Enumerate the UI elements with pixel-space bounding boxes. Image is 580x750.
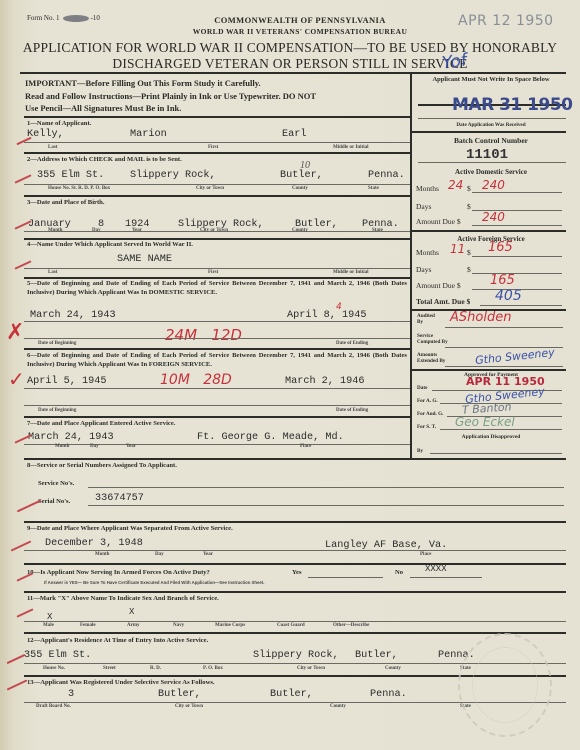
- divider: [24, 591, 566, 593]
- agency-line-2: WORLD WAR II VETERANS' COMPENSATION BURE…: [130, 27, 470, 36]
- q4-label: 4—Name Under Which Applicant Served In W…: [27, 241, 193, 250]
- field-line: [88, 505, 564, 506]
- q6-label: 6—Date of Beginning and Date of Ending o…: [27, 352, 407, 369]
- divider: [24, 458, 566, 460]
- red-check-mark: [14, 174, 31, 183]
- q3-cap-month: Month: [48, 228, 62, 233]
- q6-cap-begin: Date of Beginning: [38, 408, 76, 413]
- q12-cap-house: House No.: [43, 666, 65, 671]
- q9-label: 9—Date and Place Where Applicant Was Sep…: [27, 525, 233, 534]
- q10-note: If Answer is YES— Be Sure To Have Certif…: [44, 580, 264, 585]
- for-ag-label: For A. G.: [417, 398, 438, 404]
- divider: [24, 632, 566, 634]
- q7-cap-place: Place: [300, 444, 311, 449]
- divider: [24, 116, 410, 118]
- q12-city[interactable]: Slippery Rock,: [253, 650, 339, 661]
- q4-cap-first: First: [208, 270, 218, 275]
- q3-cap-day: Day: [92, 228, 101, 233]
- divider: [412, 230, 566, 232]
- q1-cap-first: First: [208, 145, 218, 150]
- q1-middle-name[interactable]: Earl: [282, 129, 306, 140]
- form-title-line-1: APPLICATION FOR WORLD WAR II COMPENSATIO…: [15, 40, 565, 56]
- red-check-mark: [7, 679, 28, 690]
- q12-label: 12—Applicant's Residence At Time of Entr…: [27, 637, 208, 646]
- q10-yes-label: Yes: [292, 569, 302, 578]
- form-title-line-2: DISCHARGED VETERAN OR PERSON STILL IN SE…: [15, 56, 565, 72]
- field-line: [24, 184, 410, 185]
- q8-serial-value[interactable]: 33674757: [95, 493, 144, 504]
- q13-state[interactable]: Penna.: [370, 689, 407, 700]
- q10-no-label: No: [395, 569, 403, 578]
- q7-date[interactable]: March 24, 1943: [28, 432, 114, 443]
- q8-serial-label: Serial No's.: [38, 498, 70, 507]
- q1-label: 1—Name of Applicant.: [27, 120, 91, 129]
- approved-date-label: Date: [417, 385, 427, 391]
- q3-cap-state: State: [372, 228, 383, 233]
- divider: [24, 521, 566, 523]
- field-line: [24, 321, 410, 322]
- q12-cap-street: Street: [103, 666, 116, 671]
- agency-line-1: COMMONWEALTH OF PENNSYLVANIA: [150, 15, 450, 25]
- q13-cap-board: Draft Board No.: [36, 704, 71, 709]
- form-number-text: Form No. 1: [27, 14, 59, 22]
- q9-cap-day: Day: [155, 552, 164, 557]
- initials-signature: Yof: [441, 50, 468, 73]
- q2-cap-city: City or Town: [196, 186, 224, 191]
- field-line: [472, 192, 562, 193]
- foreign-amount-value: 165: [490, 273, 515, 288]
- office-column-divider: [410, 72, 412, 458]
- q11-mark-army[interactable]: X: [129, 607, 134, 617]
- field-line: [472, 273, 562, 274]
- domestic-months-label: Months: [416, 184, 439, 193]
- q6-duration-annotation: 10M 28D: [160, 372, 232, 388]
- domestic-months-value: 24: [448, 178, 463, 192]
- for-st-label: For S. T.: [417, 424, 436, 430]
- q10-yes-field[interactable]: [308, 577, 383, 578]
- q5-end-date[interactable]: April 8, 1945: [287, 310, 366, 321]
- field-line: [24, 338, 410, 339]
- q9-cap-year: Year: [203, 552, 213, 557]
- batch-control-label: Batch Control Number: [412, 136, 570, 145]
- q2-cap-state: State: [368, 186, 379, 191]
- application-form: Form No. 1-10 COMMONWEALTH OF PENNSYLVAN…: [0, 0, 580, 750]
- field-line: [24, 444, 410, 445]
- field-line: [24, 268, 410, 269]
- q2-label: 2—Address to Which CHECK and MAIL is to …: [27, 156, 182, 165]
- q13-county[interactable]: Butler,: [270, 689, 313, 700]
- q7-cap-day: Day: [90, 444, 99, 449]
- dollar-sign: $: [467, 248, 471, 257]
- field-line: [418, 118, 566, 119]
- instructions-line-3: Use Pencil—All Signatures Must Be in Ink…: [25, 102, 181, 115]
- q1-cap-last: Last: [48, 145, 57, 150]
- q9-cap-month: Month: [95, 552, 109, 557]
- q3-label: 3—Date and Place of Birth.: [27, 199, 104, 208]
- q3-cap-county: County: [292, 228, 308, 233]
- q11-option-navy[interactable]: Navy: [173, 623, 184, 628]
- total-amount-label: Total Amt. Due $: [416, 297, 470, 306]
- q5-label: 5—Date of Beginning and Date of Ending o…: [27, 280, 407, 297]
- dollar-sign: $: [467, 202, 471, 211]
- q13-cap-city: City or Town: [175, 704, 203, 709]
- q5-cap-end: Date of Ending: [336, 341, 368, 346]
- office-heading: Applicant Must Not Write In Space Below: [412, 76, 570, 84]
- audited-by-label: Audited By: [417, 313, 441, 325]
- foreign-amount-label: Amount Due $: [416, 281, 461, 290]
- for-st-signature: Geo Eckel: [455, 415, 515, 429]
- field-line: [480, 305, 562, 306]
- field-line: [445, 366, 563, 367]
- q5-begin-date[interactable]: March 24, 1943: [30, 310, 116, 321]
- q3-cap-city: City or Town: [200, 228, 228, 233]
- q2-city[interactable]: Slippery Rock,: [130, 170, 216, 181]
- total-amount-value: 405: [495, 288, 522, 304]
- field-line: [24, 550, 566, 551]
- extended-by-signature: Gtho Sweeney: [475, 346, 556, 367]
- divider: [24, 416, 410, 418]
- divider: [412, 131, 566, 133]
- for-audg-label: For Aud. G.: [417, 411, 443, 417]
- received-date-stamp: APR 12 1950: [458, 13, 554, 29]
- red-x-mark: ✗: [6, 320, 24, 345]
- q7-place[interactable]: Ft. George G. Meade, Md.: [197, 432, 344, 443]
- domestic-days-label: Days: [416, 202, 431, 211]
- q13-cap-county: County: [330, 704, 346, 709]
- q4-served-name[interactable]: SAME NAME: [117, 254, 172, 265]
- red-check-mark: [16, 137, 31, 146]
- q4-cap-middle: Middle or Initial: [333, 270, 368, 275]
- field-line: [472, 225, 562, 226]
- disapproved-heading: Application Disapproved: [412, 434, 570, 440]
- q11-option-other[interactable]: Other—Describe: [333, 623, 369, 628]
- q11-option-marine-corps[interactable]: Marine Corps: [215, 623, 245, 628]
- field-line: [24, 388, 410, 389]
- q12-cap-rd: R. D.: [150, 666, 161, 671]
- q7-cap-year: Year: [126, 444, 136, 449]
- red-check-mark: [7, 654, 26, 664]
- q12-county[interactable]: Butler,: [355, 650, 398, 661]
- divider: [24, 195, 410, 197]
- form-suffix: -10: [90, 14, 99, 22]
- foreign-months-amount: 165: [488, 240, 513, 255]
- disapproved-by-field: [430, 453, 562, 454]
- q1-cap-middle: Middle or Initial: [333, 145, 368, 150]
- foreign-days-label: Days: [416, 265, 431, 274]
- q1-first-name[interactable]: Marion: [130, 129, 167, 140]
- disapproved-by-label: By: [417, 448, 423, 454]
- q11-option-coast-guard[interactable]: Coast Guard: [277, 623, 305, 628]
- field-line: [445, 327, 563, 328]
- domestic-months-amount: 240: [482, 178, 505, 192]
- divider: [24, 277, 410, 279]
- q8-label: 8—Service or Serial Numbers Assigned To …: [27, 462, 177, 471]
- q9-date[interactable]: December 3, 1948: [45, 538, 143, 549]
- form-number: Form No. 1-10: [27, 14, 100, 22]
- q2-county[interactable]: Butler,: [280, 170, 323, 181]
- q12-cap-county: County: [385, 666, 401, 671]
- q7-cap-month: Month: [55, 444, 69, 449]
- field-line: [24, 621, 566, 622]
- q2-street[interactable]: 355 Elm St.: [37, 170, 104, 181]
- embossed-seal: [458, 633, 552, 737]
- q11-option-army[interactable]: Army: [127, 623, 140, 628]
- q12-cap-po-box: P. O. Box: [203, 666, 223, 671]
- field-line: [440, 429, 562, 430]
- divider: [24, 348, 410, 350]
- divider: [24, 238, 410, 240]
- dollar-sign: $: [467, 184, 471, 193]
- divider: [24, 563, 566, 565]
- header-divider: [20, 72, 566, 74]
- field-line: [24, 142, 410, 143]
- field-line: [418, 162, 566, 163]
- domestic-amount-label: Amount Due $: [416, 217, 461, 226]
- q2-cap-street: House No. St. R. D. P. O. Box: [48, 186, 110, 191]
- q5-cap-begin: Date of Beginning: [38, 341, 76, 346]
- foreign-months-label: Months: [416, 248, 439, 257]
- audited-by-signature: ASholden: [450, 310, 511, 325]
- q13-city[interactable]: Butler,: [158, 689, 201, 700]
- q6-cap-end: Date of Ending: [336, 408, 368, 413]
- q5-duration-annotation: 24M 12D: [165, 326, 242, 344]
- q3-cap-year: Year: [132, 228, 142, 233]
- instructions-line-2: Read and Follow Instructions—Print Plain…: [25, 90, 316, 103]
- domestic-amount-value: 240: [482, 210, 505, 224]
- field-line: [24, 405, 410, 406]
- red-check-arrow: ✓: [8, 367, 25, 391]
- q1-last-name[interactable]: Kelly,: [27, 129, 64, 140]
- computed-by-label: Service Computed By: [417, 333, 457, 345]
- q11-label: 11—Mark "X" Above Name To Indicate Sex A…: [27, 595, 219, 604]
- q10-no-value[interactable]: XXXX: [425, 564, 447, 574]
- seal-icon: [63, 15, 89, 22]
- q10-label: 10—Is Applicant Now Serving In Armed For…: [27, 569, 210, 578]
- q13-board-number[interactable]: 3: [68, 689, 74, 700]
- dollar-sign: $: [467, 265, 471, 274]
- q2-state[interactable]: Penna.: [368, 170, 405, 181]
- red-check-mark: [16, 608, 33, 617]
- divider: [24, 152, 410, 154]
- q7-label: 7—Date and Place Applicant Entered Activ…: [27, 420, 175, 429]
- q8-service-label: Service No's.: [38, 480, 74, 489]
- foreign-months-value: 11: [450, 242, 465, 256]
- q4-cap-last: Last: [48, 270, 57, 275]
- field-line: [410, 577, 482, 578]
- divider: [412, 369, 566, 371]
- domestic-heading: Active Domestic Service: [412, 168, 570, 176]
- instructions-important: IMPORTANT—Before Filling Out This Form S…: [25, 77, 261, 90]
- q9-cap-place: Place: [420, 552, 431, 557]
- q2-cap-county: County: [292, 186, 308, 191]
- q6-begin-date[interactable]: April 5, 1945: [27, 376, 106, 387]
- q13-label: 13—Applicant Was Registered Under Select…: [27, 679, 215, 688]
- q11-option-male[interactable]: Male: [43, 623, 54, 628]
- q12-street[interactable]: 355 Elm St.: [24, 650, 91, 661]
- q11-option-female[interactable]: Female: [80, 623, 96, 628]
- field-line: [88, 487, 564, 488]
- received-caption: Date Application Was Received: [412, 122, 570, 128]
- batch-control-number: 11101: [412, 147, 562, 163]
- received-stamp: MAR 31 1950: [452, 95, 572, 115]
- extended-by-label: Amounts Extended By: [417, 352, 457, 364]
- q6-end-date[interactable]: March 2, 1946: [285, 376, 364, 387]
- field-line: [472, 256, 562, 257]
- q12-cap-city: City or Town: [297, 666, 325, 671]
